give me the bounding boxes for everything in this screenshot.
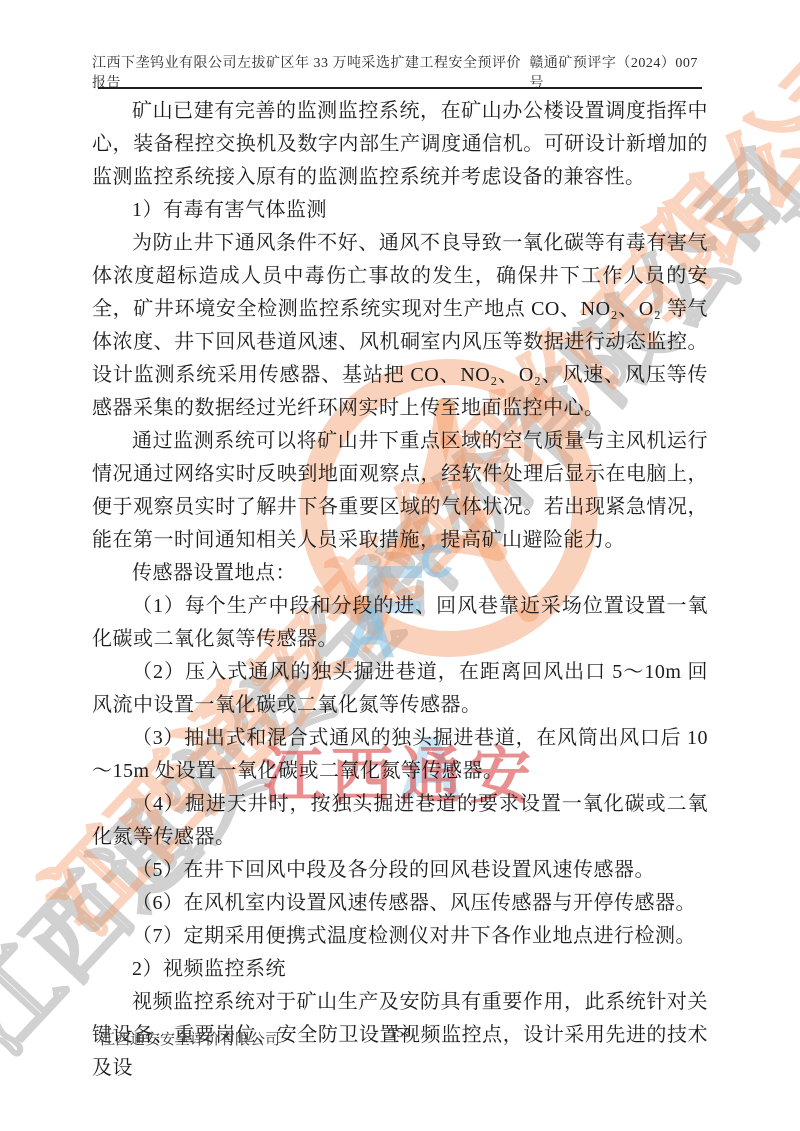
paragraph: 通过监测系统可以将矿山井下重点区域的空气质量与主风机运行情况通过网络实时反映到地… [92,425,708,557]
paragraph: （7）定期采用便携式温度检测仪对井下各作业地点进行检测。 [92,920,708,953]
paragraph: 传感器设置地点： [92,557,708,590]
paragraph: 1）有毒有害气体监测 [92,194,708,227]
footer-company-name: 江西通安安全评价有限公司 [100,1028,280,1049]
paragraph: 为防止井下通风条件不好、通风不良导致一氧化碳等有毒有害气体浓度超标造成人员中毒伤… [92,227,708,425]
header-document-number: 赣通矿预评字（2024）007 号 [529,52,708,92]
paragraph: 矿山已建有完善的监测监控系统，在矿山办公楼设置调度指挥中心，装备程控交换机及数字… [92,95,708,194]
page-header: 江西下垄钨业有限公司左拔矿区年 33 万吨采选扩建工程安全预评价报告 赣通矿预评… [92,52,708,92]
paragraph: （1）每个生产中段和分段的进、回风巷靠近采场位置设置一氧化碳或二氧化氮等传感器。 [92,590,708,656]
header-report-title: 江西下垄钨业有限公司左拔矿区年 33 万吨采选扩建工程安全预评价报告 [92,52,529,92]
paragraph: 2）视频监控系统 [92,953,708,986]
body-text: 矿山已建有完善的监测监控系统，在矿山办公楼设置调度指挥中心，装备程控交换机及数字… [92,95,708,1085]
paragraph: （3）抽出式和混合式通风的独头掘进巷道，在风筒出风口后 10～15m 处设置一氧… [92,722,708,788]
paragraph: （2）压入式通风的独头掘进巷道，在距离回风出口 5～10m 回风流中设置一氧化碳… [92,656,708,722]
document-page: 江西通安安全评价有限公司 江西通安安全评价有限公司 C F A A 江西通安 江… [0,0,800,1131]
paragraph: （4）掘进天井时，按独头掘进巷道的要求设置一氧化碳或二氧化氮等传感器。 [92,788,708,854]
paragraph: （6）在风机室内设置风速传感器、风压传感器与开停传感器。 [92,887,708,920]
header-rule [98,87,702,89]
paragraph: （5）在井下回风中段及各分段的回风巷设置风速传感器。 [92,854,708,887]
